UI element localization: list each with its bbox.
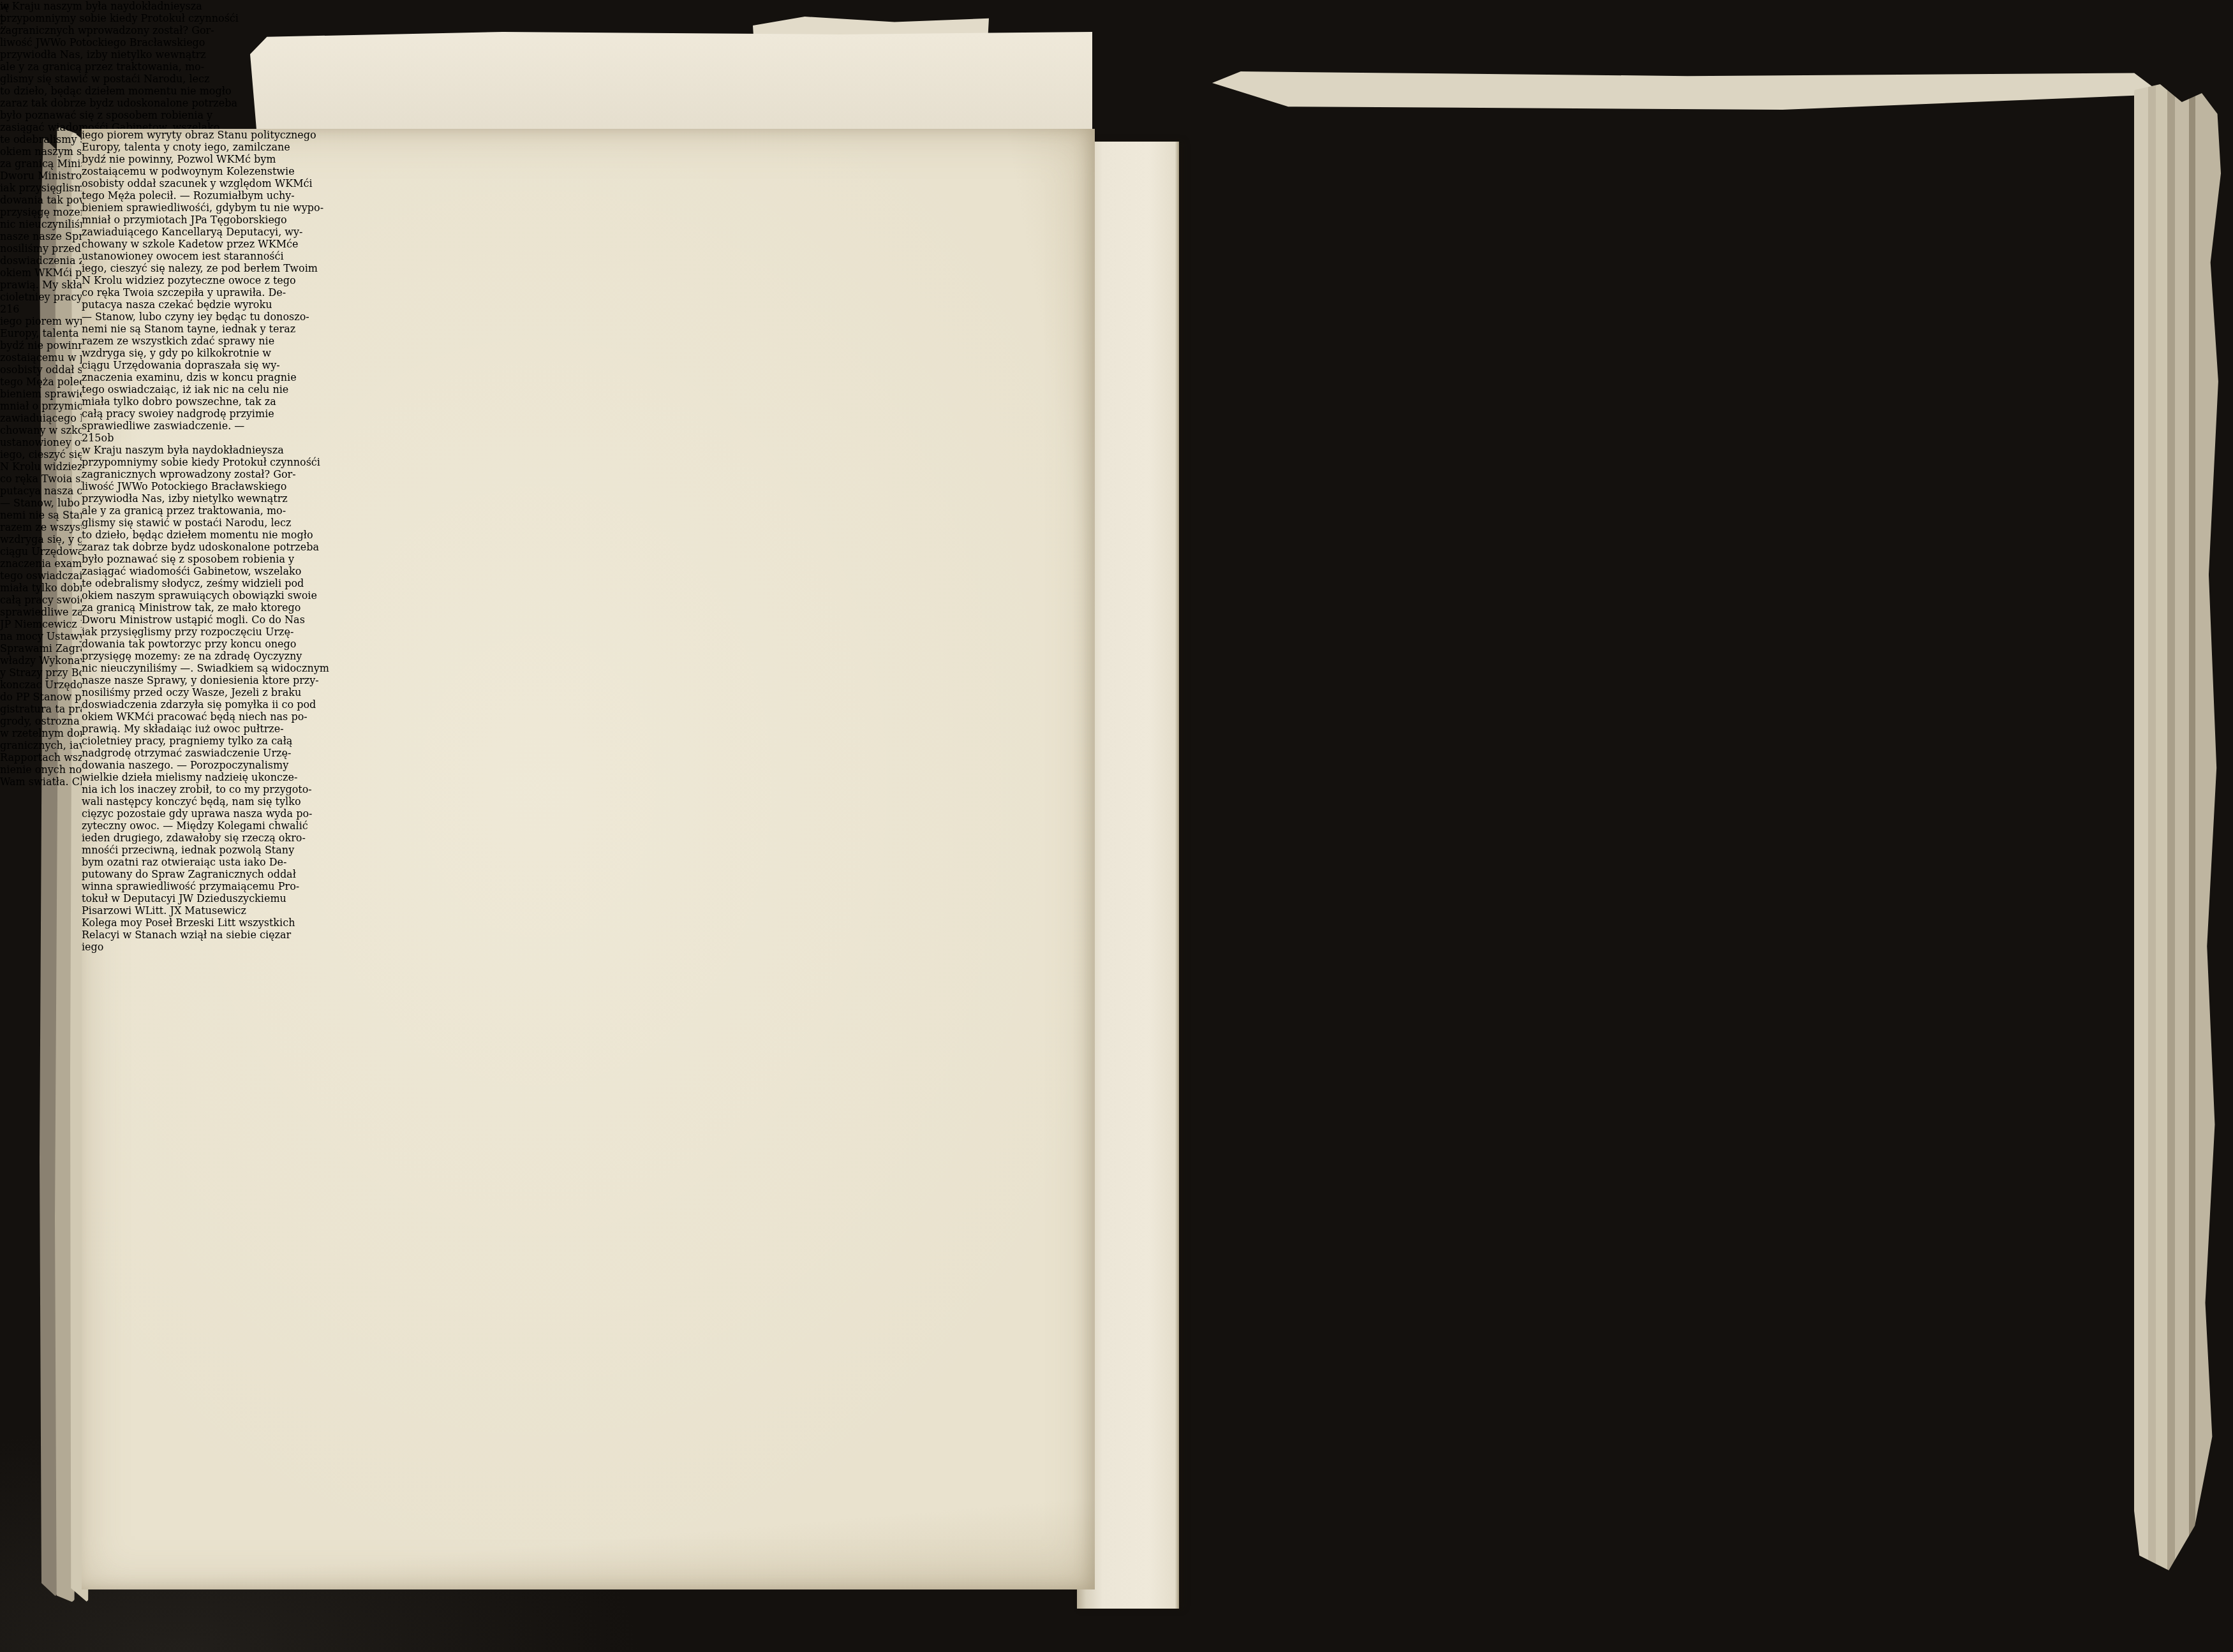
- manuscript-line: znaczenia examinu, dzis w koncu pragnie: [82, 371, 1095, 383]
- manuscript-line: dowania naszego. — Porozpoczynalismy: [82, 759, 1095, 771]
- manuscript-line: dowania tak powtorzyc przy koncu onego: [82, 638, 1095, 650]
- manuscript-line: Pisarzowi WLitt. JX Matusewicz: [82, 904, 1095, 917]
- manuscript-line: nemi nie są Stanom tayne, iednak y teraz: [82, 323, 1095, 335]
- manuscript-line: okiem WKMći pracować będą niech nas po-: [82, 711, 1095, 723]
- manuscript-line: iego, cieszyć się nalezy, ze pod berłem …: [82, 262, 1095, 274]
- page-number-main: 215: [82, 432, 101, 444]
- manuscript-line: zaraz tak dobrze bydz udoskonalone potrz…: [82, 541, 1095, 553]
- manuscript-line: iak przysięglismy przy rozpoczęciu Urzę-: [82, 626, 1095, 638]
- manuscript-line: nasze nasze Sprawy, y doniesienia ktore …: [82, 674, 1095, 686]
- manuscript-line: wielkie dzieła mielismy nadzieię ukoncze…: [82, 771, 1095, 783]
- manuscript-line: to dzieło, będąc dziełem momentu nie mog…: [0, 85, 248, 97]
- manuscript-line: Dworu Ministrow ustąpić mogli. Co do Nas: [82, 614, 1095, 626]
- manuscript-line: za granicą Ministrow tak, ze mało ktoreg…: [82, 601, 1095, 614]
- manuscript-line: zasiągać wiadomośći Gabinetow, wszelako: [82, 565, 1095, 577]
- manuscript-line: glismy się stawić w postaći Narodu, lecz: [82, 517, 1095, 529]
- manuscript-line: bieniem sprawiedliwośći, gdybym tu nie w…: [82, 202, 1095, 214]
- manuscript-line: tego oswiadczaiąc, iż iak nic na celu ni…: [82, 383, 1095, 395]
- catchword: iego: [82, 941, 1095, 953]
- manuscript-line: cioletniey pracy, pragniemy tylko za cał…: [82, 735, 1095, 747]
- manuscript-line: zaraz tak dobrze bydz udoskonalone potrz…: [0, 97, 248, 109]
- manuscript-line: ale y za granicą przez traktowania, mo-: [0, 61, 248, 73]
- manuscript-line: Europy, talenta y cnoty iego, zamilczane: [82, 141, 1095, 153]
- manuscript-line: liwość JWWo Potockiego Bracławskiego: [82, 480, 1095, 492]
- text-column: w Kraju naszym była naydokładnieyszaprzy…: [82, 444, 1095, 941]
- manuscript-line: bydź nie powinny, Pozwol WKMć bym: [82, 153, 1095, 165]
- left-page: iego piorem wyryty obraz Stanu polityczn…: [82, 129, 1095, 1589]
- manuscript-line: nadgrodę otrzymać zaswiadczenie Urzę-: [82, 747, 1095, 759]
- manuscript-line: nia ich los inaczey zrobił, to co my prz…: [82, 783, 1095, 795]
- manuscript-line: w Kraju naszym była naydokładnieysza: [0, 0, 248, 12]
- manuscript-line: — Stanow, lubo czyny iey będąc tu donosz…: [82, 311, 1095, 323]
- manuscript-line: putowany do Spraw Zagranicznych oddał: [82, 868, 1095, 880]
- show-through-text: iego piorem wyryty obraz Stanu polityczn…: [82, 129, 1095, 432]
- page-number-pencil: 215ob: [82, 432, 1095, 444]
- manuscript-line: glismy się stawić w postaći Narodu, lecz: [0, 73, 248, 85]
- page-number-suffix: ob: [101, 432, 114, 444]
- manuscript-line: Relacyi w Stanach wziął na siebie cięzar: [82, 929, 1095, 941]
- manuscript-line: było poznawać się z sposobem robienia y: [0, 109, 248, 121]
- manuscript-line: nic nieuczyniliśmy —. Swiadkiem są widoc…: [82, 662, 1095, 674]
- edge-text-fragment: ’’: [0, 24, 2233, 36]
- manuscript-line: liwość JWWo Potockiego Bracławskiego: [0, 36, 248, 48]
- edge-text-fragment: ię: [0, 0, 2233, 12]
- manuscript-line: ustanowioney owocem iest starannośći: [82, 250, 1095, 262]
- manuscript-line: zagranicznych wprowadzony został? Gor-: [0, 24, 248, 36]
- manuscript-line: przypomniymy sobie kiedy Protokuł czynno…: [82, 456, 1095, 468]
- manuscript-line: sprawiedliwe zaswiadczenie. —: [82, 420, 1095, 432]
- manuscript-line: iego piorem wyryty obraz Stanu polityczn…: [82, 129, 1095, 141]
- manuscript-line: nosiliśmy przed oczy Wasze, Jezeli z bra…: [82, 686, 1095, 698]
- manuscript-line: przywiodła Nas, izby nietylko wewnątrz: [0, 48, 248, 61]
- manuscript-line: bym ozatni raz otwieraiąc usta iako De-: [82, 856, 1095, 868]
- manuscript-line: ciągu Urzędowania dopraszała się wy-: [82, 359, 1095, 371]
- fore-edge-stack: [2134, 84, 2221, 1570]
- manuscript-line: tego Męża polecił. — Rozumiałbym uchy-: [82, 189, 1095, 202]
- manuscript-line: całą pracy swoiey nadgrodę przyimie: [82, 408, 1095, 420]
- manuscript-line: te odebralismy słodycz, ześmy widzieli p…: [82, 577, 1095, 589]
- manuscript-line: wzdryga się, y gdy po kilkokrotnie w: [82, 347, 1095, 359]
- manuscript-line: w Kraju naszym była naydokładnieysza: [82, 444, 1095, 456]
- manuscript-line: prawią. My składaiąc iuż owoc pułtrze-: [82, 723, 1095, 735]
- edge-text-fragment: t: [0, 12, 2233, 24]
- manuscript-line: putacya nasza czekać będzie wyroku: [82, 299, 1095, 311]
- manuscript-line: razem ze wszystkich zdać sprawy nie: [82, 335, 1095, 347]
- manuscript-line: winna sprawiedliwość przymaiącemu Pro-: [82, 880, 1095, 892]
- manuscript-scan: w Kraju naszym była naydokładnieyszaprzy…: [0, 0, 2233, 1652]
- manuscript-line: zostaiącemu w podwoynym Kolezenstwie: [82, 165, 1095, 177]
- manuscript-line: miała tylko dobro powszechne, tak za: [82, 395, 1095, 408]
- manuscript-line: przypomniymy sobie kiedy Protokuł czynno…: [0, 12, 248, 24]
- manuscript-line: to dzieło, będąc dziełem momentu nie mog…: [82, 529, 1095, 541]
- manuscript-line: co ręka Twoia szczepiła y uprawiła. De-: [82, 286, 1095, 299]
- manuscript-line: Kolega moy Poseł Brzeski Litt wszystkich: [82, 917, 1095, 929]
- manuscript-line: było poznawać się z sposobem robienia y: [82, 553, 1095, 565]
- manuscript-line: zawiaduiącego Kancellaryą Deputacyi, wy-: [82, 226, 1095, 238]
- manuscript-line: ieden drugiego, zdawałoby się rzeczą okr…: [82, 832, 1095, 844]
- manuscript-line: doswiadczenia zdarzyła się pomyłka ii co…: [82, 698, 1095, 711]
- manuscript-line: okiem naszym sprawuiących obowiązki swoi…: [82, 589, 1095, 601]
- protruding-sheet-edge: [1212, 71, 2163, 110]
- manuscript-line: N Krolu widziez pozyteczne owoce z tego: [82, 274, 1095, 286]
- manuscript-line: zagranicznych wprowadzony został? Gor-: [82, 468, 1095, 480]
- manuscript-line: mnośći przeciwną, iednak pozwolą Stany: [82, 844, 1095, 856]
- manuscript-line: przysięgę mozemy: ze na zdradę Oyczyzny: [82, 650, 1095, 662]
- manuscript-line: ale y za granicą przez traktowania, mo-: [82, 505, 1095, 517]
- manuscript-line: chowany w szkole Kadetow przez WKMće: [82, 238, 1095, 250]
- manuscript-line: wali następcy konczyć będą, nam się tylk…: [82, 795, 1095, 808]
- manuscript-line: mniał o przymiotach JPa Tęgoborskiego: [82, 214, 1095, 226]
- manuscript-line: cięzyc pozostaie gdy uprawa nasza wyda p…: [82, 808, 1095, 820]
- manuscript-line: zyteczny owoc. — Między Kolegami chwalić: [82, 820, 1095, 832]
- manuscript-line: osobisty oddał szacunek y względom WKMći: [82, 177, 1095, 189]
- manuscript-line: przywiodła Nas, izby nietylko wewnątrz: [82, 492, 1095, 505]
- manuscript-line: tokuł w Deputacyi JW Dzieduszyckiemu: [82, 892, 1095, 904]
